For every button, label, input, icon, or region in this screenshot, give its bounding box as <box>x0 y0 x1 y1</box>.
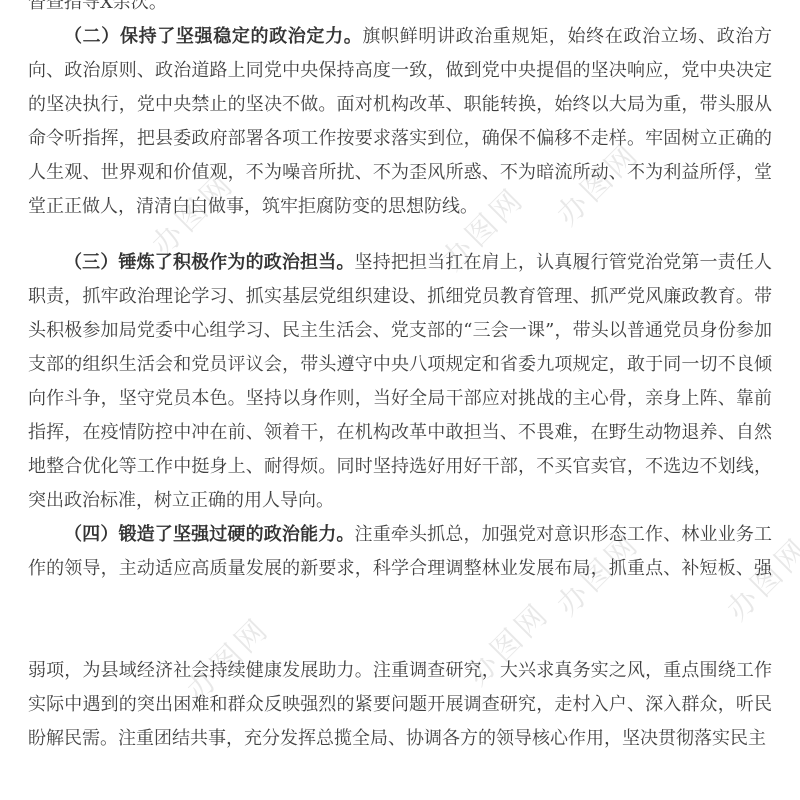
page-break-gap <box>28 586 772 654</box>
section-3-body: 坚持把担当扛在肩上，认真履行管党治党第一责任人职责，抓牢政治理论学习、抓实基层党… <box>28 252 772 511</box>
document-page: 办图网 办图网 办图网 办图网 办图网 办图网 办图网 督查指导X余次。 （二）… <box>0 0 800 800</box>
section-2-body: 旗帜鲜明讲政治重规矩，始终在政治立场、政治方向、政治原则、政治道路上同党中央保持… <box>28 26 772 217</box>
paragraph-section-4-page1: （四）锻造了坚强过硬的政治能力。注重牵头抓总，加强党对意识形态工作、林业业务工作… <box>28 518 772 586</box>
section-4-heading: （四）锻造了坚强过硬的政治能力。 <box>64 524 355 545</box>
paragraph-section-2: （二）保持了坚强稳定的政治定力。旗帜鲜明讲政治重规矩，始终在政治立场、政治方向、… <box>28 20 772 224</box>
section-3-heading: （三）锤炼了积极作为的政治担当。 <box>64 252 355 273</box>
section-2-heading: （二）保持了坚强稳定的政治定力。 <box>64 26 362 47</box>
paragraph-section-4-page2: 弱项，为县域经济社会持续健康发展助力。注重调查研究，大兴求真务实之风，重点围绕工… <box>28 654 772 756</box>
paragraph-section-3: （三）锤炼了积极作为的政治担当。坚持把担当扛在肩上，认真履行管党治党第一责任人职… <box>28 246 772 518</box>
document-text-body: 督查指导X余次。 （二）保持了坚强稳定的政治定力。旗帜鲜明讲政治重规矩，始终在政… <box>28 0 772 756</box>
clipped-top-line: 督查指导X余次。 <box>28 0 772 20</box>
